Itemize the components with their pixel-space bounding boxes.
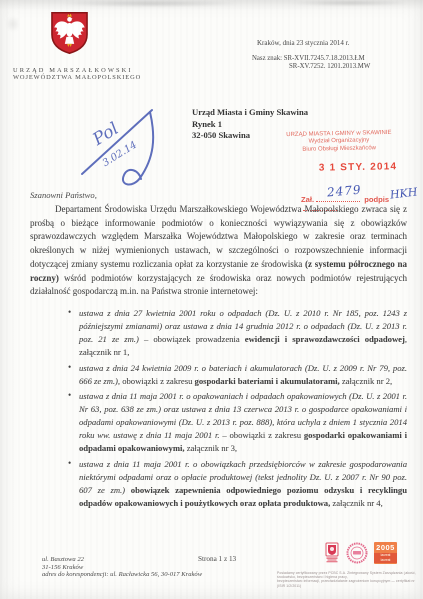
scan-smudge xyxy=(6,16,20,32)
ref-number-2: SR-XV.7252. 1201.2013.MW xyxy=(289,63,370,71)
text-segment: załącznik nr 3, xyxy=(185,443,238,453)
scan-smudge xyxy=(290,0,410,6)
text-segment: gospodarki bateriami i akumulatorami, xyxy=(195,376,340,386)
intro-paragraph: Departament Środowiska Urzędu Marszałkow… xyxy=(30,203,407,299)
place-date: Kraków, dnia 23 stycznia 2014 r. xyxy=(257,39,349,47)
law-list-item: ustawa z dnia 11 maja 2001 r. o opakowan… xyxy=(68,390,407,455)
law-list-item: ustawa z dnia 24 kwietnia 2009 r. o bate… xyxy=(68,362,407,388)
certification-fine-print: Posiadamy certyfikowany przez PCBC S.A. … xyxy=(277,571,423,588)
handwritten-zal-number: 2479 xyxy=(326,183,362,200)
text-segment: załącznik nr 4, xyxy=(330,498,383,508)
sender-address: ul. Basztowa 22 31-156 Kraków adres do k… xyxy=(42,556,202,579)
award-year: 2005 xyxy=(374,542,397,553)
zal-dotted-line xyxy=(316,201,360,202)
eagle-crest-icon xyxy=(50,11,89,55)
received-office-stamp: URZĄD MIASTA I GMINY w SKAWINIE Wydział … xyxy=(263,129,415,154)
reference-numbers: Nasz znak: SR-XVII.7245.7.18.2013.ŁM SR-… xyxy=(252,55,370,71)
text-segment: – obowiązek prowadzenia xyxy=(139,334,245,344)
text-segment: załącznik nr 2, xyxy=(340,376,393,386)
award-subtitle2: laureat xyxy=(374,558,397,563)
fine-print-line1: Posiadamy certyfikowany przez PCBC S.A. … xyxy=(277,571,423,579)
fine-print-line2: bezpieczeństwo informacji, przeciwdziała… xyxy=(277,579,423,587)
address-line1: ul. Basztowa 22 xyxy=(42,556,202,564)
law-list-item: ustawa z dnia 27 kwietnia 2001 roku o od… xyxy=(68,307,407,359)
pcbc-crest-logo-icon xyxy=(324,542,340,564)
recipient-line1: Urząd Miasta i Gminy Skawina xyxy=(192,107,308,119)
text-segment: wśród podmiotów korzystających ze środow… xyxy=(30,273,407,297)
ref-line1: Nasz znak: SR-XVII.7245.7.18.2013.ŁM xyxy=(252,55,370,63)
text-segment: ewidencji i sprawozdawczości odpadowej xyxy=(245,334,405,344)
iso-round-stamp-icon xyxy=(346,542,368,564)
recipient-line2: Rynek 1 xyxy=(192,119,308,131)
handwritten-word: Pol xyxy=(89,119,123,150)
award-2005-badge: 2005 laureat laureat xyxy=(374,542,397,564)
page-number: Strona 1 z 13 xyxy=(198,555,236,563)
law-list: ustawa z dnia 27 kwietnia 2001 roku o od… xyxy=(68,307,407,513)
text-segment: obowiązki z zakresu xyxy=(120,376,194,386)
ref-label: Nasz znak: xyxy=(252,55,282,62)
text-segment: – obowiązki z zakresu xyxy=(220,430,304,440)
scan-smudge xyxy=(60,0,240,7)
address-line2: 31-156 Kraków xyxy=(42,564,202,572)
salutation: Szanowni Państwo, xyxy=(30,190,97,200)
ref-number-1: SR-XVII.7245.7.18.2013.ŁM xyxy=(284,55,365,62)
address-line3: adres do korespondencji: ul. Racławicka … xyxy=(42,571,202,579)
date-received-stamp: 3 1 STY. 2014 xyxy=(303,161,413,174)
coat-of-arms-malopolska xyxy=(50,11,89,55)
org-name-line2: WOJEWÓDZTWA MAŁOPOLSKIEGO xyxy=(13,75,153,82)
handwritten-note: Pol 3.02.14 xyxy=(72,96,182,196)
scanned-letter-page: URZĄD MARSZAŁKOWSKI WOJEWÓDZTWA MAŁOPOLS… xyxy=(0,0,423,599)
law-list-item: ustawa z dnia 11 maja 2001 r. o obowiązk… xyxy=(68,458,407,510)
certification-logos: 2005 laureat laureat xyxy=(324,542,404,566)
org-name: URZĄD MARSZAŁKOWSKI WOJEWÓDZTWA MAŁOPOLS… xyxy=(13,68,153,81)
